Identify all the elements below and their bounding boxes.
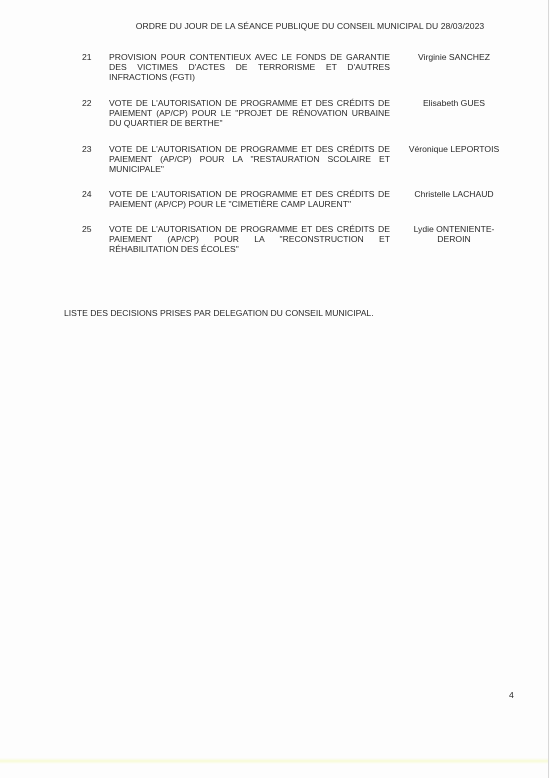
agenda-item-rapporteur: Lydie ONTENIENTE-DEROIN <box>398 224 510 244</box>
agenda-item-number: 23 <box>82 144 92 154</box>
agenda-item-subject: VOTE DE L'AUTORISATION DE PROGRAMME ET D… <box>109 98 390 129</box>
scan-artifact <box>0 758 548 764</box>
agenda-item-number: 22 <box>82 98 92 108</box>
agenda-item-subject: PROVISION POUR CONTENTIEUX AVEC LE FONDS… <box>109 52 390 83</box>
agenda-item-number: 24 <box>82 189 92 199</box>
agenda-item-rapporteur: Virginie SANCHEZ <box>398 52 510 62</box>
agenda-item-rapporteur: Elisabeth GUES <box>398 98 510 108</box>
agenda-item-rapporteur: Christelle LACHAUD <box>398 189 510 199</box>
page-edge <box>548 0 549 778</box>
agenda-item-subject: VOTE DE L'AUTORISATION DE PROGRAMME ET D… <box>109 224 390 255</box>
page-number: 4 <box>509 690 514 700</box>
agenda-item-number: 25 <box>82 224 92 234</box>
agenda-item-number: 21 <box>82 52 92 62</box>
agenda-item-subject: VOTE DE L'AUTORISATION DE PROGRAMME ET D… <box>109 189 390 209</box>
agenda-item-subject: VOTE DE L'AUTORISATION DE PROGRAMME ET D… <box>109 144 390 175</box>
section-title: LISTE DES DECISIONS PRISES PAR DELEGATIO… <box>64 308 374 318</box>
agenda-item-rapporteur: Véronique LEPORTOIS <box>398 144 510 154</box>
document-header: ORDRE DU JOUR DE LA SÉANCE PUBLIQUE DU C… <box>0 21 550 31</box>
